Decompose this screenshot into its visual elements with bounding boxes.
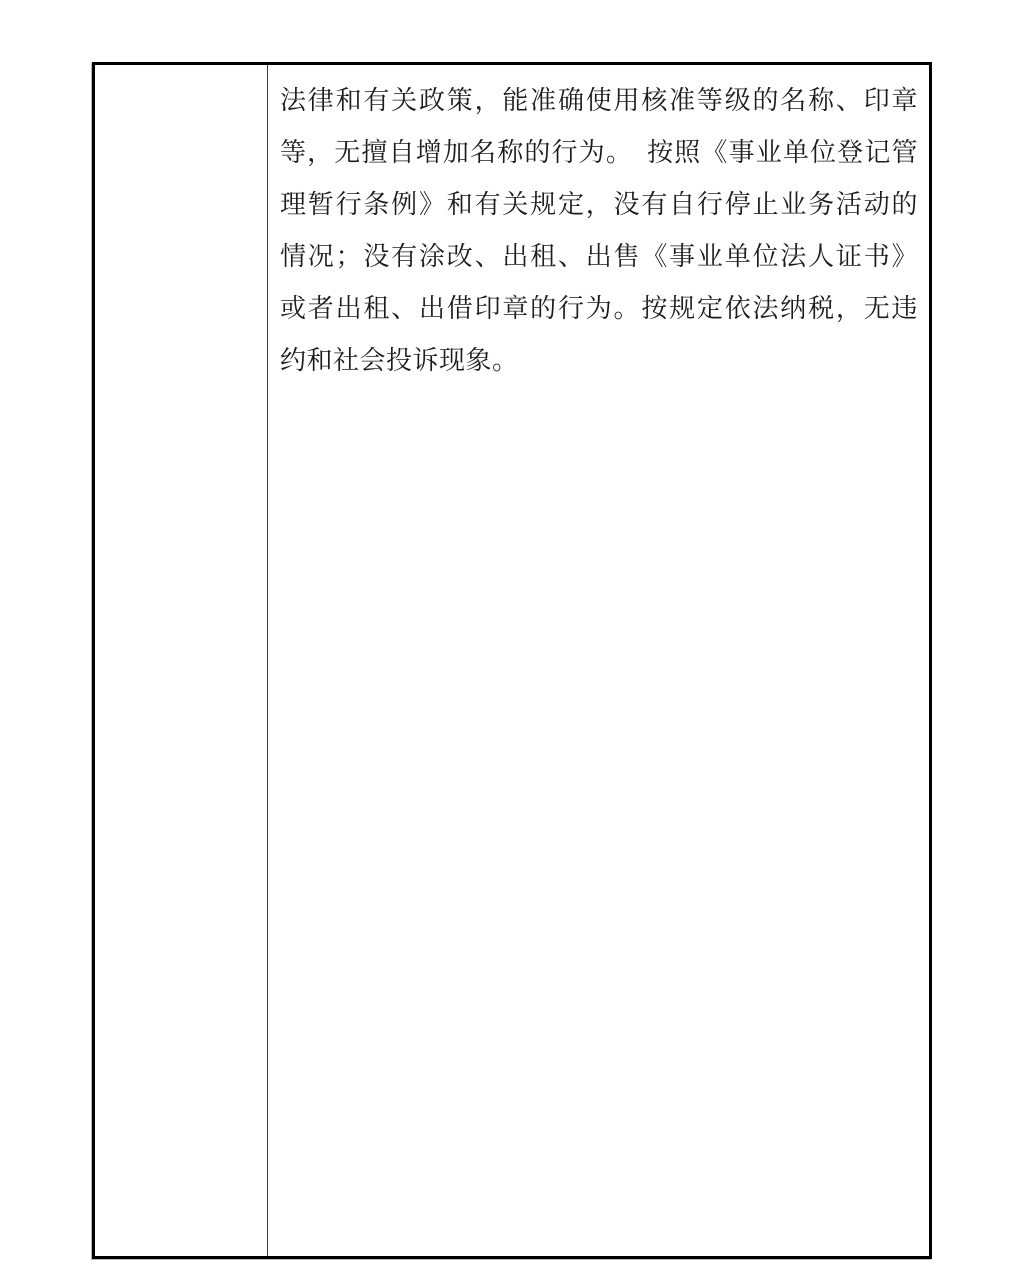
text-line: 约和社会投诉现象。 [280,335,918,387]
evaluation-table: 法律和有关政策，能准确使用核准等级的名称、印章 等，无擅自增加名称的行为。 按照… [92,62,932,1259]
text-line: 等，无擅自增加名称的行为。 按照《事业单位登记管 [280,127,918,179]
text-line: 情况；没有涂改、出租、出售《事业单位法人证书》 [280,231,918,283]
text-line: 法律和有关政策，能准确使用核准等级的名称、印章 [280,75,918,127]
document-page: 法律和有关政策，能准确使用核准等级的名称、印章 等，无擅自增加名称的行为。 按照… [0,0,1024,1272]
text-line: 理暂行条例》和有关规定，没有自行停止业务活动的 [280,179,918,231]
text-line: 或者出租、出借印章的行为。按规定依法纳税，无违 [280,283,918,335]
table-content-cell: 法律和有关政策，能准确使用核准等级的名称、印章 等，无擅自增加名称的行为。 按照… [268,65,929,1256]
table-label-cell [95,65,268,1256]
